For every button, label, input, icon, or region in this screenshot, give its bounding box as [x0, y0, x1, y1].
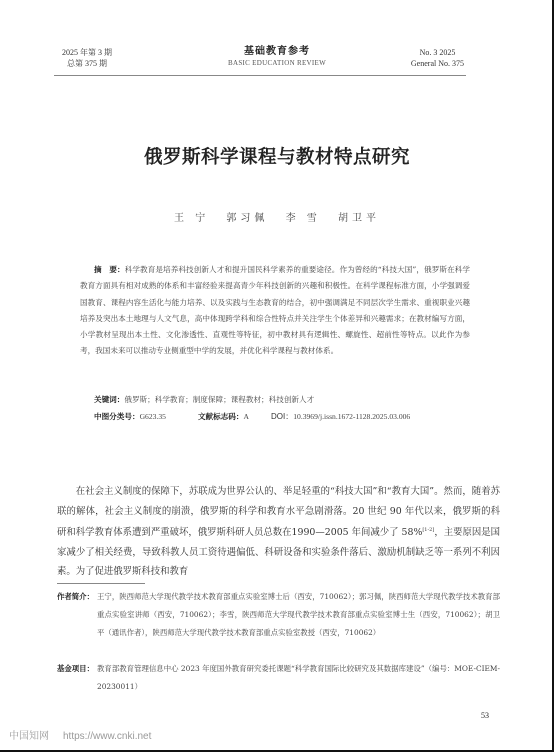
- abstract-label: 摘 要：: [94, 265, 125, 274]
- abstract-text: 科学教育是培养科技创新人才和提升国民科学素养的重要途径。作为曾经的“科技大国”，…: [80, 265, 470, 355]
- classification-line: 中图分类号：G623.35文献标志码：ADOI：10.3969/j.issn.1…: [94, 411, 410, 422]
- author-name: 郭习佩: [226, 213, 268, 224]
- funding-text: 教育部教育管理信息中心 2023 年度国外教育研究委托课题“科学教育国际比较研究…: [97, 660, 500, 696]
- footnote-funding: 基金项目： 教育部教育管理信息中心 2023 年度国外教育研究委托课题“科学教育…: [57, 660, 500, 696]
- doc-code-label: 文献标志码：: [198, 412, 244, 421]
- doi-value: 10.3969/j.issn.1672-1128.2025.03.006: [293, 412, 410, 421]
- author-name: 李 雪: [286, 213, 321, 224]
- author-bio-text: 王宁，陕西师范大学现代教学技术教育部重点实验室博士后（西安，710062）；郭习…: [97, 588, 500, 642]
- keywords-label: 关键词：: [94, 395, 124, 404]
- doi-label: DOI：: [271, 412, 293, 421]
- clc-label: 中图分类号：: [94, 412, 140, 421]
- header-divider: [54, 75, 466, 76]
- citation-ref: [1-2]: [422, 527, 434, 533]
- header-issue-cn: 2025 年第 3 期 总第 375 期: [62, 47, 112, 69]
- author-bio-label: 作者简介：: [57, 588, 94, 606]
- source-watermark: 中国知网https://www.cnki.net: [9, 727, 151, 742]
- total-issue-en: General No. 375: [411, 58, 464, 69]
- author-list: 王 宁 郭习佩 李 雪 胡卫平: [0, 209, 554, 224]
- issue-number-en: No. 3 2025: [411, 47, 464, 58]
- doc-code-value: A: [244, 412, 249, 421]
- body-paragraph: 在社会主义制度的保障下，苏联成为世界公认的、举足轻重的“科技大国”和“教育大国”…: [57, 482, 500, 582]
- footnote-author-bio: 作者简介： 王宁，陕西师范大学现代教学技术教育部重点实验室博士后（西安，7100…: [57, 588, 500, 642]
- author-name: 胡卫平: [338, 213, 380, 224]
- author-name: 王 宁: [174, 213, 209, 224]
- keywords-text: 俄罗斯；科学教育；制度保障；课程教材；科技创新人才: [124, 395, 314, 404]
- journal-masthead: 基础教育参考 BASIC EDUCATION REVIEW: [200, 46, 354, 68]
- article-title: 俄罗斯科学课程与教材特点研究: [0, 143, 554, 169]
- keywords: 关键词：俄罗斯；科学教育；制度保障；课程教材；科技创新人才: [94, 394, 314, 405]
- abstract: 摘 要：科学教育是培养科技创新人才和提升国民科学素养的重要途径。作为曾经的“科技…: [80, 262, 470, 360]
- funding-label: 基金项目：: [57, 660, 94, 678]
- body-text: 在社会主义制度的保障下，苏联成为世界公认的、举足轻重的“科技大国”和“教育大国”…: [57, 482, 500, 582]
- watermark-site-name: 中国知网: [9, 731, 49, 742]
- footnote-divider: [57, 583, 145, 584]
- journal-name-en: BASIC EDUCATION REVIEW: [200, 58, 354, 68]
- header-issue-en: No. 3 2025 General No. 375: [411, 47, 464, 69]
- journal-page: 2025 年第 3 期 总第 375 期 基础教育参考 BASIC EDUCAT…: [0, 0, 554, 752]
- watermark-url[interactable]: https://www.cnki.net: [63, 731, 151, 742]
- clc-value: G623.35: [140, 412, 166, 421]
- page-number: 53: [481, 711, 489, 720]
- journal-name-cn: 基础教育参考: [200, 46, 354, 58]
- total-issue-cn: 总第 375 期: [62, 58, 112, 69]
- issue-number-cn: 2025 年第 3 期: [62, 47, 112, 58]
